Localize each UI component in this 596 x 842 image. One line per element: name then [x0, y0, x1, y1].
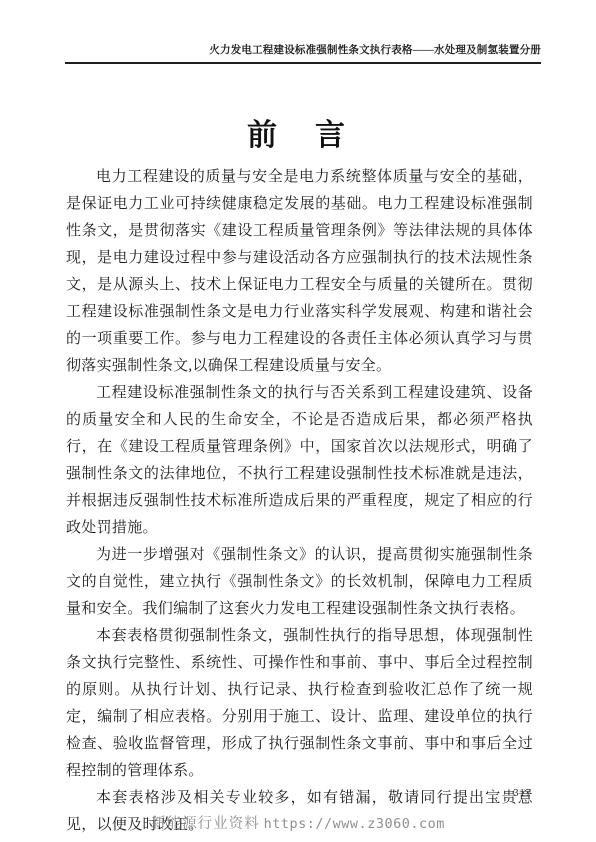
- paragraph: 本套表格贯彻强制性条文，强制性执行的指导思想，体现强制性条文执行完整性、系统性、…: [66, 623, 533, 785]
- watermark-url: https://www.z3060.com: [264, 816, 445, 832]
- watermark-site-name: 新能源行业资料: [151, 816, 260, 832]
- document-page: 火力发电工程建设标准强制性条文执行表格——水处理及制氢装置分册 前 言 电力工程…: [0, 0, 596, 842]
- paragraph: 为进一步增强对《强制性条文》的认识，提高贯彻实施强制性条文的自觉性，建立执行《强…: [66, 542, 533, 623]
- page-header: 火力发电工程建设标准强制性条文执行表格——水处理及制氢装置分册: [65, 40, 541, 64]
- paragraph: 电力工程建设的质量与安全是电力系统整体质量与安全的基础，是保证电力工业可持续健康…: [66, 164, 533, 380]
- paragraph: 工程建设标准强制性条文的执行与否关系到工程建设建筑、设备的质量安全和人民的生命安…: [66, 380, 533, 542]
- page-title: 前 言: [0, 110, 596, 154]
- document-body: 电力工程建设的质量与安全是电力系统整体质量与安全的基础，是保证电力工业可持续健康…: [66, 164, 533, 839]
- page-number: 317: [513, 788, 532, 799]
- running-head-title: 火力发电工程建设标准强制性条文执行表格——水处理及制氢装置分册: [209, 45, 541, 56]
- watermark: 新能源行业资料 https://www.z3060.com: [0, 812, 596, 833]
